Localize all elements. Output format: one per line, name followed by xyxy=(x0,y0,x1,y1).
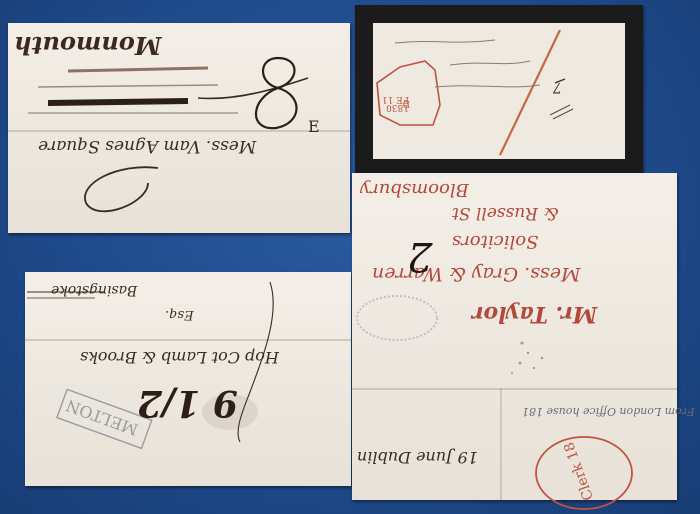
cover-bottom-right: Bloomsbury & Russell St Solicitors Mess.… xyxy=(352,173,677,500)
rate-mark-7: 7 xyxy=(553,79,562,95)
bottom-left-markings: MELTON xyxy=(25,272,351,486)
mourning-cover-markings: 1830 FE 11 D xyxy=(355,5,643,179)
bottom-right-markings: Clerk 18 xyxy=(352,173,677,500)
cover-top-right-mourning: 1830 FE 11 D 7 xyxy=(355,5,643,179)
cover-top-left: Monmouth Mess. Vam Agnes Square E xyxy=(8,23,350,233)
crossed-out-lines xyxy=(8,23,350,233)
rate-mark-9-half: 9 1/2 xyxy=(137,382,238,424)
rate-mark-8 xyxy=(256,58,297,128)
svg-text:D: D xyxy=(403,98,410,108)
red-datestamp xyxy=(377,61,440,125)
svg-text:Clerk 18: Clerk 18 xyxy=(561,440,597,503)
cover-bottom-left: Basingstoke Esq. Hop Cot Lamb & Brooks M… xyxy=(25,272,351,486)
